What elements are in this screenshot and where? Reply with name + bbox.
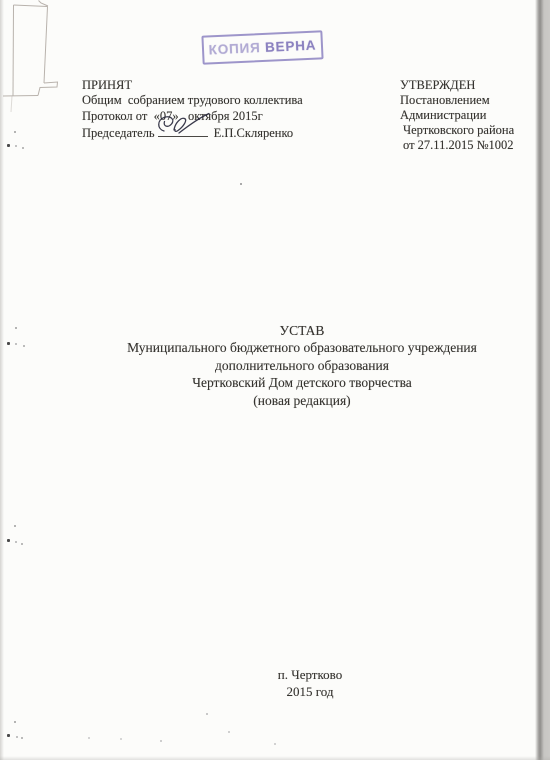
approved-line-resolution: Постановлением — [400, 93, 540, 108]
approved-block: УТВЕРЖДЕН Постановлением Администрации Ч… — [400, 78, 540, 153]
scan-noise-dot — [15, 145, 17, 147]
scan-noise-dot — [22, 147, 24, 149]
scan-noise-dot — [21, 543, 23, 545]
title-education-type: дополнительного образования — [55, 357, 549, 374]
scan-noise-dot — [7, 144, 10, 147]
scan-noise-dot — [14, 525, 16, 527]
scan-noise-dot — [7, 539, 10, 542]
scan-noise-dot — [14, 721, 16, 723]
scan-noise-dot — [240, 183, 242, 185]
scan-noise-dot — [7, 734, 10, 737]
title-ustav: УСТАВ — [55, 322, 549, 339]
copy-correct-stamp: КОПИЯ ВЕРНА — [201, 30, 323, 64]
accepted-line-collective: Общим собранием трудового коллектива — [82, 93, 352, 108]
approved-line-administration: Администрации — [400, 108, 540, 123]
footer-year: 2015 год — [70, 684, 550, 701]
accepted-line-chairman: Председатель Е.П.Скляренко — [82, 124, 352, 141]
scan-noise-dot — [160, 740, 162, 742]
scan-noise-dot — [120, 738, 122, 740]
stamp-text-word2: ВЕРНА — [260, 38, 316, 56]
chairman-name: Е.П.Скляренко — [214, 126, 294, 140]
approved-title: УТВЕРЖДЕН — [400, 78, 540, 93]
document-title-block: УСТАВ Муниципального бюджетного образова… — [55, 322, 549, 409]
approved-line-date-number: от 27.11.2015 №1002 — [400, 138, 540, 153]
approved-line-district: Чертковского района — [400, 123, 540, 138]
scan-noise-dot — [14, 131, 16, 133]
scan-noise-dot — [88, 737, 90, 739]
chairman-label: Председатель — [82, 126, 155, 140]
stamp-text-word1: КОПИЯ — [208, 40, 260, 57]
signature-line — [158, 124, 208, 137]
scan-noise-dot — [15, 541, 17, 543]
accepted-block: ПРИНЯТ Общим собранием трудового коллект… — [82, 78, 352, 142]
scan-noise-dot — [21, 737, 23, 739]
title-organization-name: Чертковский Дом детского творчества — [55, 374, 549, 391]
scan-noise-dot — [7, 342, 10, 345]
accepted-title: ПРИНЯТ — [82, 78, 352, 93]
footer-place: п. Чертково — [70, 667, 550, 684]
scan-noise-dot — [16, 736, 18, 738]
scan-noise-dot — [23, 345, 25, 347]
signature-scribble — [155, 111, 213, 138]
scan-noise-dot — [15, 343, 17, 345]
footer-block: п. Чертково 2015 год — [70, 667, 550, 700]
title-institution: Муниципального бюджетного образовательно… — [55, 339, 549, 356]
title-new-edition: (новая редакция) — [55, 392, 549, 409]
scan-noise-dot — [228, 731, 230, 733]
scan-noise-dot — [206, 713, 208, 715]
scanned-document-page: КОПИЯ ВЕРНА ПРИНЯТ Общим собранием трудо… — [0, 0, 550, 760]
scan-noise-dot — [15, 327, 17, 329]
corner-fold-artifact — [0, 0, 70, 115]
scan-edge-bottom — [0, 756, 550, 760]
accepted-line-protocol: Протокол от «07» октября 2015г — [82, 109, 352, 124]
scan-noise-dot — [274, 743, 276, 745]
